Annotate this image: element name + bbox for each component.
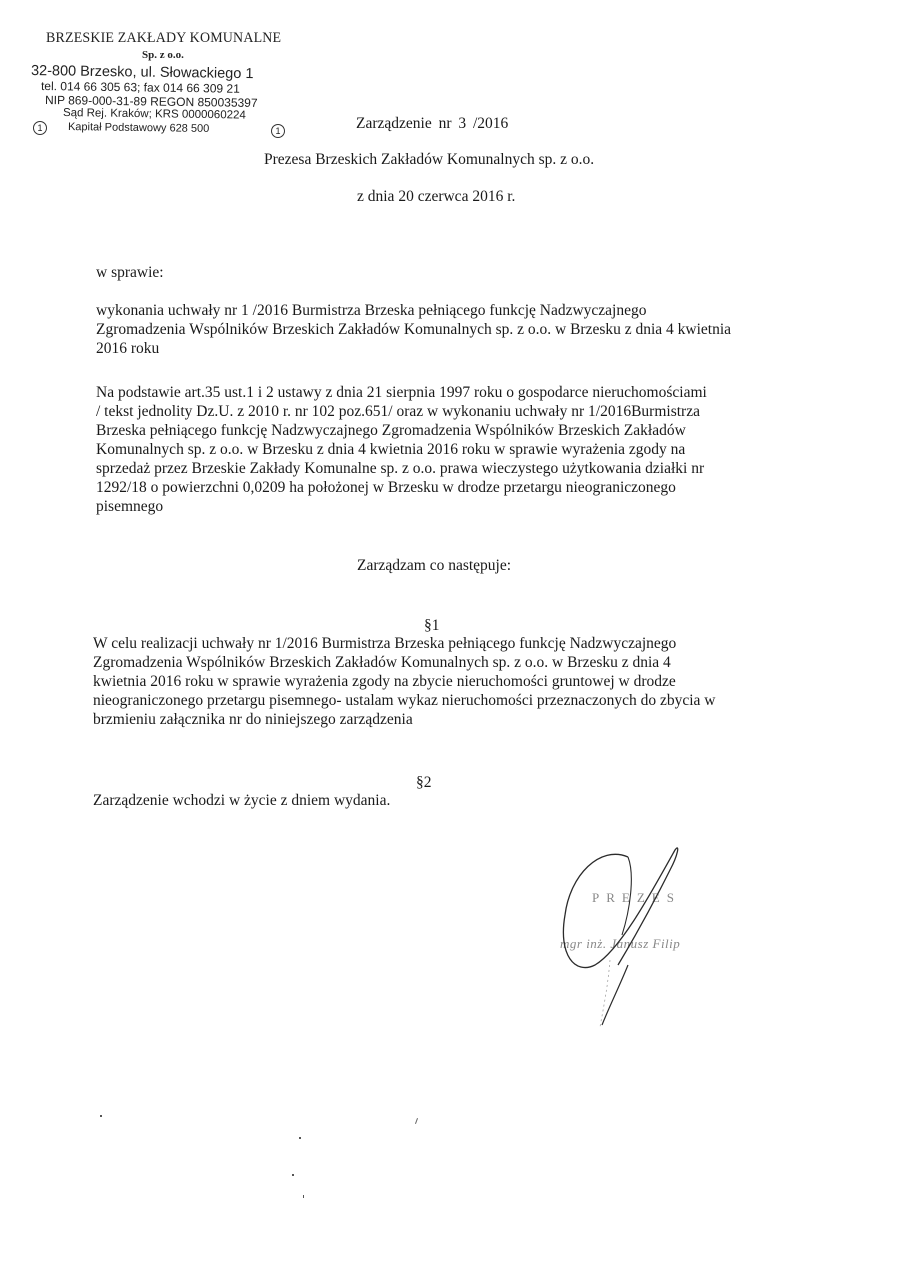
document-title: Zarządzenie nr 3 /2016 (356, 115, 508, 133)
company-stamp: BRZESKIE ZAKŁADY KOMUNALNE Sp. z o.o. 32… (30, 30, 300, 140)
subject-label: w sprawie: (96, 263, 164, 282)
stamp-mark-icon: 1 (271, 124, 285, 138)
document-date: z dnia 20 czerwca 2016 r. (357, 188, 515, 206)
stamp-legal-form: Sp. z o.o. (142, 49, 184, 61)
section-1-text: W celu realizacji uchwały nr 1/2016 Burm… (93, 634, 793, 729)
signature-block: PREZES mgr inż. Janusz Filip (540, 835, 760, 1035)
handwritten-signature-icon (540, 835, 760, 1035)
section-2-symbol: §2 (416, 773, 432, 792)
stamp-mark-icon: 1 (33, 121, 47, 135)
stamp-capital: Kapitał Podstawowy 628 500 (68, 121, 209, 135)
scan-speck (299, 1137, 301, 1139)
legal-basis-text: Na podstawie art.35 ust.1 i 2 ustawy z d… (96, 383, 796, 516)
scan-speck (303, 1195, 304, 1198)
scan-speck (100, 1115, 102, 1117)
stamp-court: Sąd Rej. Kraków; KRS 0000060224 (63, 107, 246, 122)
section-2-text: Zarządzenie wchodzi w życie z dniem wyda… (93, 791, 793, 810)
scan-speck (292, 1174, 294, 1176)
document-issuer: Prezesa Brzeskich Zakładów Komunalnych s… (264, 151, 594, 169)
order-intro: Zarządzam co następuje: (357, 557, 511, 575)
subject-text: wykonania uchwały nr 1 /2016 Burmistrza … (96, 301, 796, 358)
scan-speck (415, 1118, 418, 1124)
stamp-company-name: BRZESKIE ZAKŁADY KOMUNALNE (46, 30, 281, 47)
section-1-symbol: §1 (424, 616, 440, 635)
